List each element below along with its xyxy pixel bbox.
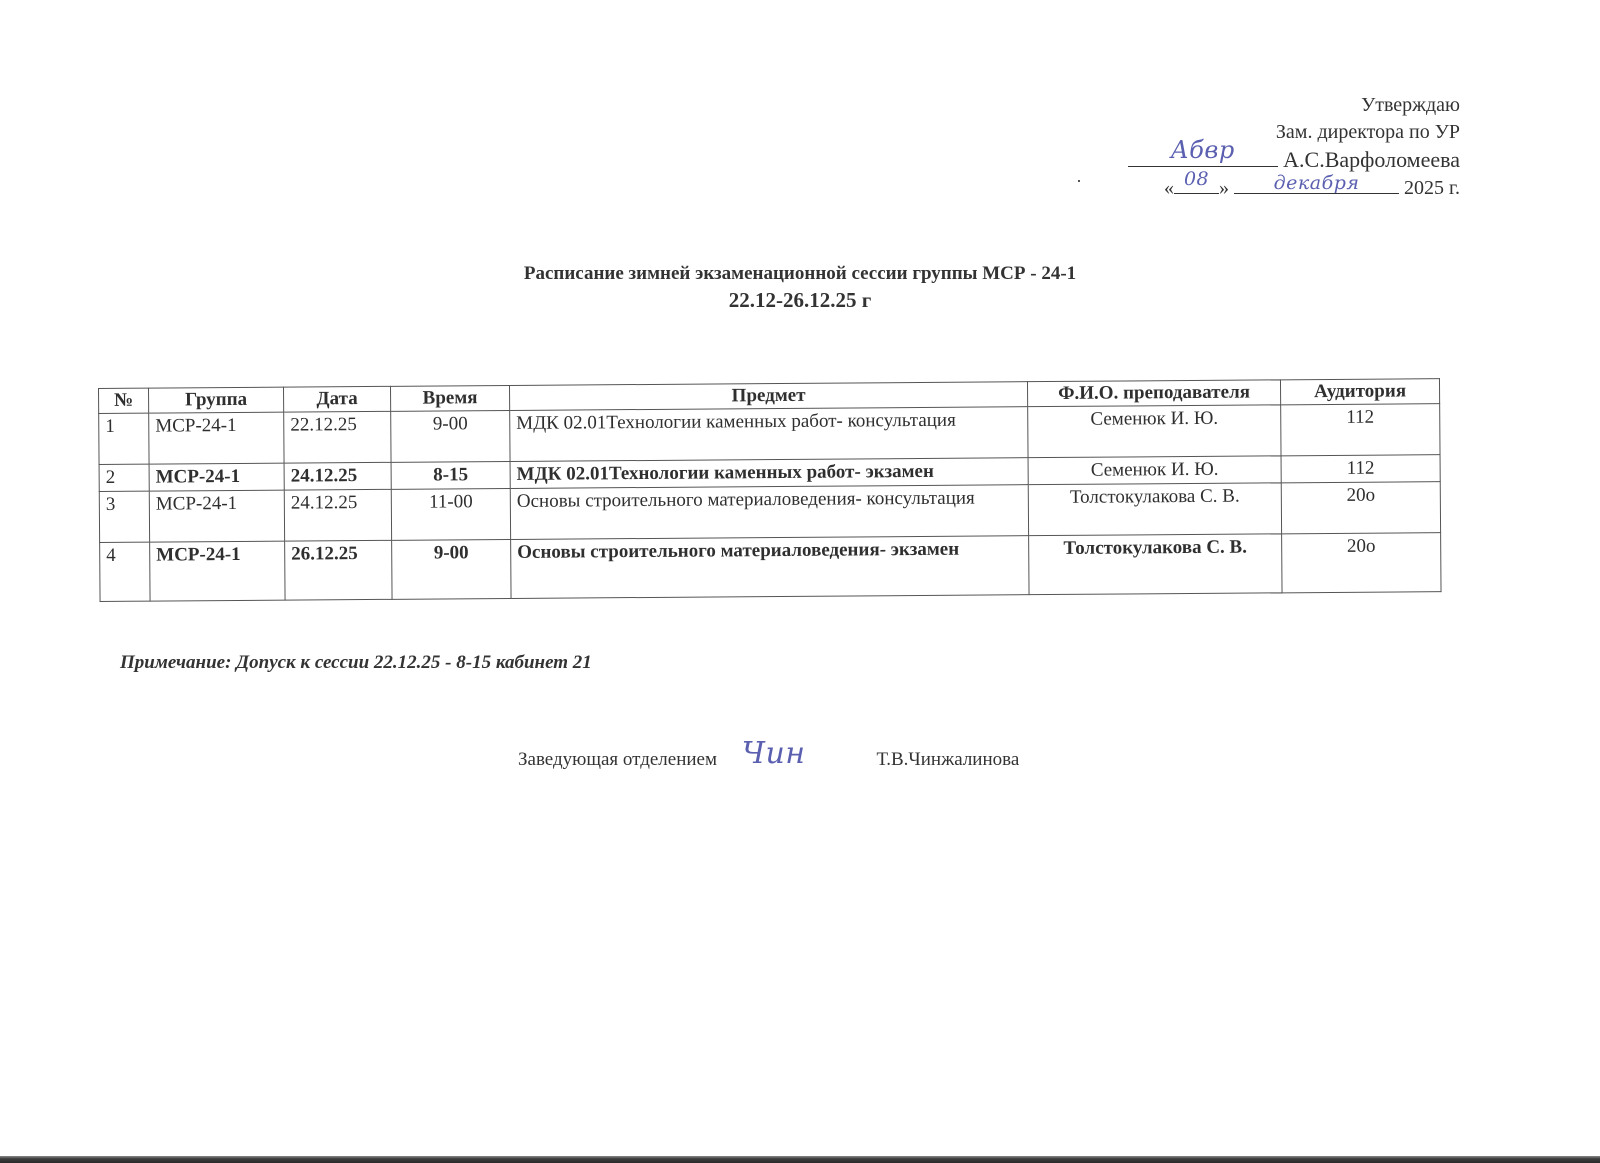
cell-group: МСР-24-1 <box>149 490 284 542</box>
approval-year: 2025 г. <box>1404 177 1460 199</box>
approval-date: «08» декабря 2025 г. <box>1128 173 1460 202</box>
cell-teacher: Семенюк И. Ю. <box>1028 405 1281 458</box>
month-blank: декабря <box>1234 173 1399 194</box>
cell-date: 26.12.25 <box>285 540 392 600</box>
cell-teacher: Семенюк И. Ю. <box>1028 456 1281 485</box>
table-row: 4 МСР-24-1 26.12.25 9-00 Основы строител… <box>100 533 1441 602</box>
department-head-name: Т.В.Чинжалинова <box>877 749 1020 770</box>
quote-close: » <box>1219 177 1229 199</box>
department-head-role: Заведующая отделением <box>518 749 717 770</box>
cell-group: МСР-24-1 <box>149 412 284 464</box>
quote-open: « <box>1164 177 1174 199</box>
cell-number: 2 <box>99 464 149 491</box>
header-time: Время <box>390 385 509 411</box>
cell-room: 112 <box>1281 404 1440 456</box>
cell-teacher: Толстокулакова С. В. <box>1029 534 1282 595</box>
cell-date: 24.12.25 <box>284 489 391 541</box>
approver-signature-line: Абвр <box>1128 146 1278 167</box>
header-group: Группа <box>149 387 284 413</box>
cell-time: 9-00 <box>392 539 511 599</box>
cell-number: 1 <box>99 413 149 464</box>
cell-time: 8-15 <box>391 461 510 489</box>
cell-number: 4 <box>100 542 150 601</box>
department-head-signature-block: Заведующая отделением Чин Т.В.Чинжалинов… <box>518 745 1019 771</box>
cell-time: 9-00 <box>391 410 510 462</box>
header-room: Аудитория <box>1280 379 1439 405</box>
cell-group: МСР-24-1 <box>150 541 285 601</box>
header-date: Дата <box>283 386 390 412</box>
approval-heading: Утверждаю <box>1128 92 1460 119</box>
scan-speck <box>1078 180 1080 182</box>
cell-subject: МДК 02.01Технологии каменных работ- конс… <box>510 407 1028 462</box>
day-blank: 08 <box>1174 173 1219 194</box>
header-teacher: Ф.И.О. преподавателя <box>1027 380 1280 407</box>
cell-date: 24.12.25 <box>284 462 391 490</box>
cell-subject: Основы строительного материаловедения- к… <box>510 485 1028 540</box>
cell-teacher: Толстокулакова С. В. <box>1028 483 1281 536</box>
cell-subject: МДК 02.01Технологии каменных работ- экза… <box>510 458 1028 489</box>
approval-day: 08 <box>1174 166 1219 193</box>
approver-signature: Абвр <box>1128 137 1278 164</box>
cell-room: 20о <box>1281 482 1440 534</box>
title-period: 22.12-26.12.25 г <box>0 286 1600 314</box>
cell-date: 22.12.25 <box>284 411 391 463</box>
cell-room: 20о <box>1282 533 1441 593</box>
approval-block: Утверждаю Зам. директора по УР Абвр А.С.… <box>1128 92 1460 202</box>
title-line-1: Расписание зимней экзаменационной сессии… <box>0 262 1600 286</box>
approval-month: декабря <box>1234 170 1399 197</box>
document-title: Расписание зимней экзаменационной сессии… <box>0 262 1600 314</box>
cell-subject: Основы строительного материаловедения- э… <box>511 536 1029 599</box>
cell-time: 11-00 <box>391 488 510 540</box>
cell-number: 3 <box>99 491 149 542</box>
cell-group: МСР-24-1 <box>149 463 284 491</box>
header-subject: Предмет <box>509 382 1027 411</box>
schedule-table-wrapper: № Группа Дата Время Предмет Ф.И.О. препо… <box>98 378 1442 602</box>
header-number: № <box>99 388 149 413</box>
schedule-table: № Группа Дата Время Предмет Ф.И.О. препо… <box>98 378 1442 602</box>
scan-edge-bar <box>0 1156 1600 1163</box>
approver-name: А.С.Варфоломеева <box>1283 147 1460 172</box>
department-head-signature: Чин <box>742 736 806 771</box>
department-head-signature-area: Чин <box>722 745 872 765</box>
cell-room: 112 <box>1281 455 1440 483</box>
session-note: Примечание: Допуск к сессии 22.12.25 - 8… <box>120 652 592 674</box>
